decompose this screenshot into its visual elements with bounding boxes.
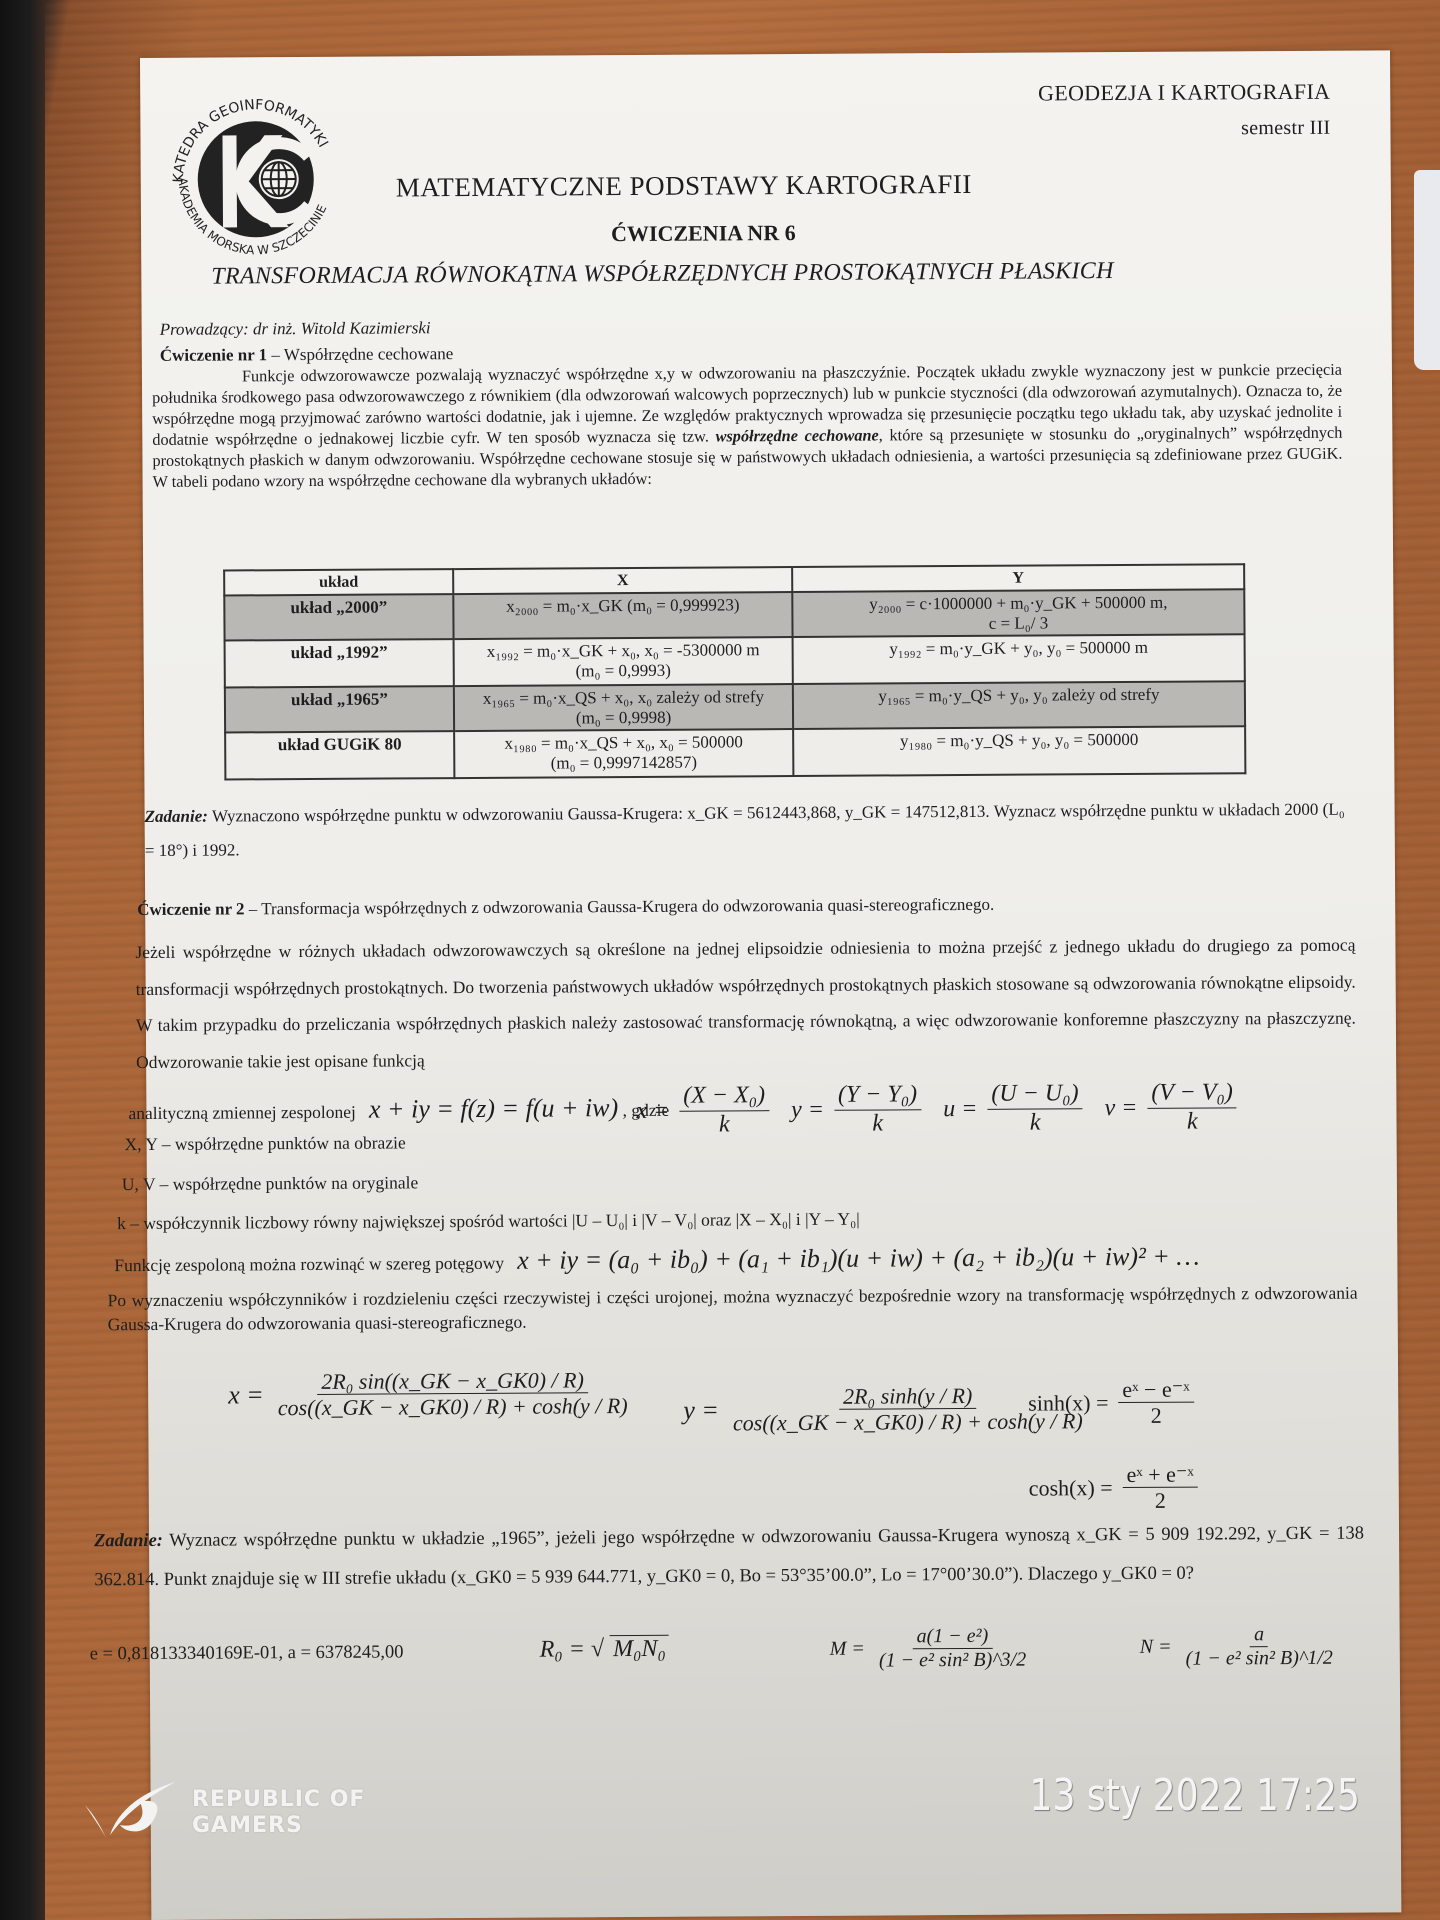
semester: semestr III xyxy=(1241,117,1331,141)
y-formula-cell: y₁₉₈₀ = m₀·y_QS + y₀, y₀ = 500000 xyxy=(793,726,1245,776)
cosh-definition: cosh(x) = eˣ + e⁻ˣ2 xyxy=(1029,1462,1202,1515)
camera-brand-watermark: REPUBLIC OF GAMERS xyxy=(80,1780,365,1845)
system-cell: układ „2000” xyxy=(224,594,453,640)
ellipsoid-constants: e = 0,818133340169E-01, a = 6378245,00 xyxy=(90,1642,404,1665)
table-row: układ „1992”x₁₉₉₂ = m₀·x_GK + x₀, x₀ = -… xyxy=(225,634,1245,687)
exercise-sheet: KATEDRA GEOINFORMATYKI AKADEMIA MORSKA W… xyxy=(140,50,1401,1920)
analytic-function-line: analityczną zmiennej zespolonej x + iy =… xyxy=(128,1093,669,1126)
table-header: układ xyxy=(224,569,453,595)
power-series-line: Funkcję zespoloną można rozwinąć w szere… xyxy=(114,1242,1199,1279)
x-formula-cell: x₁₉₉₂ = m₀·x_GK + x₀, x₀ = -5300000 m(m₀… xyxy=(454,637,793,686)
formula-R0: R₀ = √M₀N₀ xyxy=(540,1635,669,1664)
x-formula-cell: x₁₉₈₀ = m₀·x_QS + x₀, x₀ = 500000(m₀ = 0… xyxy=(454,729,793,778)
system-cell: układ „1965” xyxy=(225,686,454,732)
device-edge xyxy=(0,0,45,1920)
exercise1-title: – Współrzędne cechowane xyxy=(267,344,453,364)
exercise1-label: Ćwiczenie nr 1 xyxy=(160,345,267,365)
x-formula-cell: x₂₀₀₀ = m₀·x_GK (m₀ = 0,999923) xyxy=(453,592,792,639)
exercise2-heading: Ćwiczenie nr 2 – Transformacja współrzęd… xyxy=(137,895,994,920)
substitution-formula: u =(U − U₀)k xyxy=(943,1080,1087,1137)
field-of-study: GEODEZJA I KARTOGRAFIA xyxy=(1038,79,1330,107)
substitution-formulas: x =(X − X₀)ky =(Y − Y₀)ku =(U − U₀)kv =(… xyxy=(636,1079,1241,1139)
task-text: Wyznaczono współrzędne punktu w odwzorow… xyxy=(145,800,1345,860)
exercise1-paragraph: Funkcje odwzorowawcze pozwalają wyznaczy… xyxy=(152,359,1343,492)
table-row: układ „2000”x₂₀₀₀ = m₀·x_GK (m₀ = 0,9999… xyxy=(224,589,1244,640)
system-cell: układ „1992” xyxy=(225,639,454,687)
exercise2-paragraph2: Po wyznaczeniu współczynników i rozdziel… xyxy=(108,1281,1358,1337)
definition-xy: X, Y – współrzędne punktów na obrazie xyxy=(125,1132,406,1155)
sinh-definition: sinh(x) = eˣ − e⁻ˣ2 xyxy=(1028,1377,1198,1430)
exercise2-label: Ćwiczenie nr 2 xyxy=(137,899,244,919)
system-cell: układ GUGiK 80 xyxy=(225,731,454,779)
exercise2-task: Zadanie: Wyznacz współrzędne punktu w uk… xyxy=(94,1515,1364,1601)
definition-k: k – współczynnik liczbowy równy najwięks… xyxy=(117,1209,860,1235)
substitution-formula: x =(X − X₀)k xyxy=(636,1082,773,1139)
coordinate-systems-table: układ X Y układ „2000”x₂₀₀₀ = m₀·x_GK (m… xyxy=(223,563,1246,780)
power-series-formula: x + iy = (a₀ + ib₀) + (a₁ + ib₁)(u + iw)… xyxy=(517,1242,1199,1275)
course-title: MATEMATYCZNE PODSTAWY KARTOGRAFII xyxy=(396,169,972,204)
emphasis-term: współrzędne cechowane xyxy=(716,425,879,445)
exercise1-heading: Ćwiczenie nr 1 – Współrzędne cechowane xyxy=(160,344,454,366)
exercise2-title: – Transformacja współrzędnych z odwzorow… xyxy=(244,895,994,919)
table-row: układ „1965”x₁₉₆₅ = m₀·x_QS + x₀, x₀ zal… xyxy=(225,681,1245,732)
task-label: Zadanie: xyxy=(94,1531,163,1551)
y-formula-cell: y₁₉₉₂ = m₀·y_GK + y₀, y₀ = 500000 m xyxy=(793,634,1245,684)
task-label: Zadanie: xyxy=(145,807,208,826)
exercise-set-title: ĆWICZENIA NR 6 xyxy=(611,220,796,247)
task-text: Wyznacz współrzędne punktu w układzie „1… xyxy=(94,1524,1364,1591)
formula-N: N = a(1 − e² sin² B)^1/2 xyxy=(1140,1623,1341,1671)
photo-timestamp: 13 sty 2022 17:25 xyxy=(1030,1770,1360,1821)
analytic-formula: x + iy = f(z) = f(u + iw) xyxy=(369,1093,618,1124)
definition-uv: U, V – współrzędne punktów na oryginale xyxy=(122,1172,418,1195)
y-formula-cell: y₂₀₀₀ = c·1000000 + m₀·y_GK + 500000 m,c… xyxy=(792,589,1244,637)
exercise2-paragraph: Jeżeli współrzędne w różnych układach od… xyxy=(135,927,1356,1080)
exercise1-task: Zadanie: Wyznaczono współrzędne punktu w… xyxy=(145,793,1345,868)
torn-paper-scrap xyxy=(1414,170,1440,370)
topic-title: TRANSFORMACJA RÓWNOKĄTNA WSPÓŁRZĘDNYCH P… xyxy=(211,258,1114,291)
table-header: X xyxy=(453,567,792,594)
table-header: Y xyxy=(792,564,1244,592)
lecturer: Prowadzący: dr inż. Witold Kazimierski xyxy=(160,318,431,340)
substitution-formula: v =(V − V₀)k xyxy=(1104,1079,1241,1136)
formula-M: M = a(1 − e²)(1 − e² sin² B)^3/2 xyxy=(830,1625,1035,1673)
y-formula-cell: y₁₉₆₅ = m₀·y_QS + y₀, y₀ zależy od stref… xyxy=(793,681,1245,729)
sqrt-icon: √ xyxy=(591,1636,604,1663)
rog-eye-logo-icon xyxy=(80,1780,180,1845)
x-formula-cell: x₁₉₆₅ = m₀·x_QS + x₀, x₀ zależy od stref… xyxy=(454,684,793,731)
table-row: układ GUGiK 80x₁₉₈₀ = m₀·x_QS + x₀, x₀ =… xyxy=(225,726,1245,779)
substitution-formula: y =(Y − Y₀)k xyxy=(791,1081,925,1138)
kg-globe-logo-icon: KATEDRA GEOINFORMATYKI AKADEMIA MORSKA W… xyxy=(160,87,351,258)
formula-x: x = 2R₀ sin((x_GK − x_GK0) / R)cos((x_GK… xyxy=(228,1367,636,1421)
